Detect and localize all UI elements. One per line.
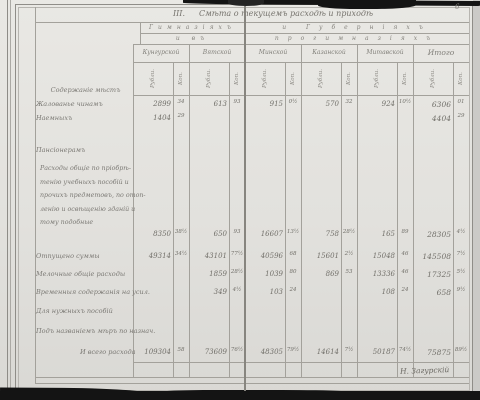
span-header-cell: Гимназіяхъ — [140, 22, 245, 33]
cell-value: 49314 — [133, 252, 173, 265]
cell-value — [285, 113, 301, 126]
table-row: Пансіонерамъ — [36, 146, 469, 159]
scanned-page: 6 III. Смѣта о текущемъ расходѣ и приход… — [0, 0, 480, 400]
cell-value: 89 — [397, 229, 413, 242]
row-label: Подъ названіемъ мѣръ по назнач. — [36, 327, 133, 340]
span-header-line2: и въ прогимназіяхъ — [140, 33, 469, 44]
cell-value — [245, 114, 285, 127]
row-label: Мелочные общіе расходы — [36, 270, 133, 283]
scan-edge-bottom — [150, 390, 370, 400]
cell-value: 869 — [301, 270, 341, 283]
cell-value — [133, 270, 173, 283]
cell-value: 89½ — [453, 347, 469, 360]
cell-value: 93 — [229, 99, 245, 112]
row-label-paragraph: Расходы общіе по пріобрѣ- тенію учебныхъ… — [40, 162, 215, 230]
rub-header: Рубли. — [245, 62, 285, 95]
cell-value: 13½ — [285, 229, 301, 242]
cell-value: 32 — [341, 99, 357, 112]
column-header: Казанской — [301, 45, 357, 62]
cell-value — [133, 288, 173, 301]
cell-value: 15048 — [357, 252, 397, 265]
cell-value: 7½ — [341, 347, 357, 360]
cell-value: 75875 — [413, 348, 453, 361]
cell-value: 77½ — [229, 251, 245, 264]
title-numeral: III. — [173, 9, 185, 18]
table-row: Наемныхъ 140429 440429 — [36, 114, 469, 127]
cell-value: 613 — [189, 100, 229, 113]
cell-value: 1404 — [133, 114, 173, 127]
rule — [35, 377, 469, 378]
cell-value: 658 — [413, 288, 453, 301]
row-label: Наемныхъ — [36, 114, 133, 127]
cell-value: 24 — [285, 287, 301, 300]
column-header: Вятской — [189, 45, 245, 62]
kop-header: Коп. — [173, 62, 189, 95]
cell-value: 79½ — [285, 347, 301, 360]
title-text: Смѣта о текущемъ расходѣ и приходѣ — [199, 9, 373, 18]
cell-value: 650 — [189, 230, 229, 243]
cell-value: 29 — [453, 113, 469, 126]
paragraph-line: тому подобные — [40, 216, 215, 230]
cell-value: 1859 — [189, 270, 229, 283]
column-group-header: Кунгурской Вятской Минской Казанской Мит… — [133, 45, 469, 62]
cell-value — [301, 114, 341, 127]
section-heading: Содержаніе мѣстъ — [38, 86, 133, 94]
cell-value — [341, 113, 357, 126]
signature: Н. Загурскій — [400, 365, 450, 376]
cell-value: 73609 — [189, 348, 229, 361]
cell-value: 2½ — [341, 251, 357, 264]
cell-value: 28½ — [341, 229, 357, 242]
cell-value: 68 — [285, 251, 301, 264]
span-header-line1: Гимназіяхъ и Губерніяхъ — [140, 22, 469, 33]
page-edge-right — [473, 0, 480, 400]
table-row: 835038½ 65093 1660713½ 75828½ 16589 2830… — [36, 230, 469, 243]
cell-value: 46 — [397, 269, 413, 282]
cell-value: 76½ — [229, 347, 245, 360]
cell-value: 8350 — [133, 230, 173, 243]
cell-value: 5½ — [453, 269, 469, 282]
cell-value: 165 — [357, 230, 397, 243]
cell-value: 43101 — [189, 252, 229, 265]
cell-value: 40596 — [245, 252, 285, 265]
cell-value — [341, 287, 357, 300]
cell-value: 29 — [173, 113, 189, 126]
table-row-total: И всего расхода 10930458 7360976½ 483057… — [36, 348, 469, 361]
cell-value: 924 — [357, 100, 397, 113]
cell-value: 1039 — [245, 270, 285, 283]
cell-value: 2899 — [133, 100, 173, 113]
cell-value — [173, 287, 189, 300]
cell-value — [229, 113, 245, 126]
table-row: Подъ названіемъ мѣръ по назнач. — [36, 327, 469, 340]
span-header-cell: и въ — [140, 33, 245, 44]
cell-value: 349 — [189, 288, 229, 301]
cell-value: 4404 — [413, 114, 453, 127]
cell-value: 38½ — [173, 229, 189, 242]
paragraph-line: прочихъ предметовъ, по отоп- — [40, 189, 215, 203]
row-label: Для нужныхъ пособій — [36, 307, 133, 320]
column-header: Кунгурской — [133, 45, 189, 62]
cell-value — [357, 114, 397, 127]
binding-line — [10, 0, 11, 400]
table-row: Мелочные общіе расходы 185928½ 103980 86… — [36, 270, 469, 283]
cell-value: 34 — [173, 99, 189, 112]
rub-header: Рубли. — [357, 62, 397, 95]
cell-value: 93 — [229, 229, 245, 242]
cell-value: 15601 — [301, 252, 341, 265]
cell-value: 28½ — [229, 269, 245, 282]
paragraph-line: ленію и освѣщенію зданій и — [40, 203, 215, 217]
cell-value: 570 — [301, 100, 341, 113]
cell-value: 46 — [397, 251, 413, 264]
cell-value — [301, 288, 341, 301]
kop-header: Коп. — [285, 62, 301, 95]
cell-value: 50187 — [357, 348, 397, 361]
paragraph-line: Расходы общіе по пріобрѣ- — [40, 162, 215, 176]
cell-value: 0½ — [285, 99, 301, 112]
cell-value — [397, 113, 413, 126]
cell-value: 74½ — [397, 347, 413, 360]
scan-edge-top — [318, 0, 416, 9]
cell-value: 10½ — [397, 99, 413, 112]
table-row: Для нужныхъ пособій — [36, 307, 469, 320]
cell-value: 34½ — [173, 251, 189, 264]
row-label: Временныя содержанія на усил. — [36, 288, 133, 301]
cell-value: 24 — [397, 287, 413, 300]
binding-line — [7, 0, 8, 400]
cell-value: 109304 — [133, 348, 173, 361]
span-header-cell: и Губерніяхъ — [245, 22, 469, 33]
cell-value: 4½ — [453, 229, 469, 242]
cell-value: 13336 — [357, 270, 397, 283]
scan-edge-top — [228, 0, 264, 6]
subcolumn-header: Рубли.Коп. Рубли.Коп. Рубли.Коп. Рубли.К… — [133, 62, 469, 95]
cell-value: 915 — [245, 100, 285, 113]
rub-header: Рубли. — [189, 62, 229, 95]
cell-value: 103 — [245, 288, 285, 301]
table-row: Временныя содержанія на усил. 3494½ 1032… — [36, 288, 469, 301]
cell-value: 58 — [173, 347, 189, 360]
kop-header: Коп. — [397, 62, 413, 95]
table-row: Жалованье чинамъ 289934 61393 9150½ 5703… — [36, 100, 469, 113]
rub-header: Рубли. — [301, 62, 341, 95]
cell-value — [189, 114, 229, 127]
cell-value — [173, 269, 189, 282]
kop-header: Коп. — [341, 62, 357, 95]
kop-header: Коп. — [229, 62, 245, 95]
row-label: Жалованье чинамъ — [36, 100, 133, 113]
row-label: Отпущено суммы — [36, 252, 133, 265]
cell-value: 6306 — [413, 100, 453, 113]
row-label: Пансіонерамъ — [36, 146, 133, 159]
span-header-cell: прогимназіяхъ — [245, 33, 469, 44]
paragraph-line: тенію учебныхъ пособій и — [40, 176, 215, 190]
cell-value: 7½ — [453, 251, 469, 264]
cell-value: 01 — [453, 99, 469, 112]
table-row: Отпущено суммы 4931434½ 4310177½ 4059668… — [36, 252, 469, 265]
page-title: III. Смѣта о текущемъ расходѣ и приходѣ — [108, 9, 438, 18]
cell-value: 108 — [357, 288, 397, 301]
kop-header: Коп. — [453, 62, 469, 95]
cell-value: 48305 — [245, 348, 285, 361]
row-label: И всего расхода — [36, 348, 133, 361]
rub-header: Рубли. — [413, 62, 453, 95]
cell-value: 53 — [341, 269, 357, 282]
cell-value: 145508 — [413, 252, 453, 265]
cell-value: 758 — [301, 230, 341, 243]
cell-value: 17325 — [413, 270, 453, 283]
cell-value: 28305 — [413, 230, 453, 243]
column-header: Минской — [245, 45, 301, 62]
cell-value: 9½ — [453, 287, 469, 300]
column-header: Митавской — [357, 45, 413, 62]
column-header: Итого — [413, 45, 469, 62]
rub-header: Рубли. — [133, 62, 173, 95]
cell-value: 80 — [285, 269, 301, 282]
cell-value: 16607 — [245, 230, 285, 243]
cell-value: 4½ — [229, 287, 245, 300]
cell-value: 14614 — [301, 348, 341, 361]
rule — [35, 383, 469, 384]
page-number: 6 — [455, 3, 459, 11]
